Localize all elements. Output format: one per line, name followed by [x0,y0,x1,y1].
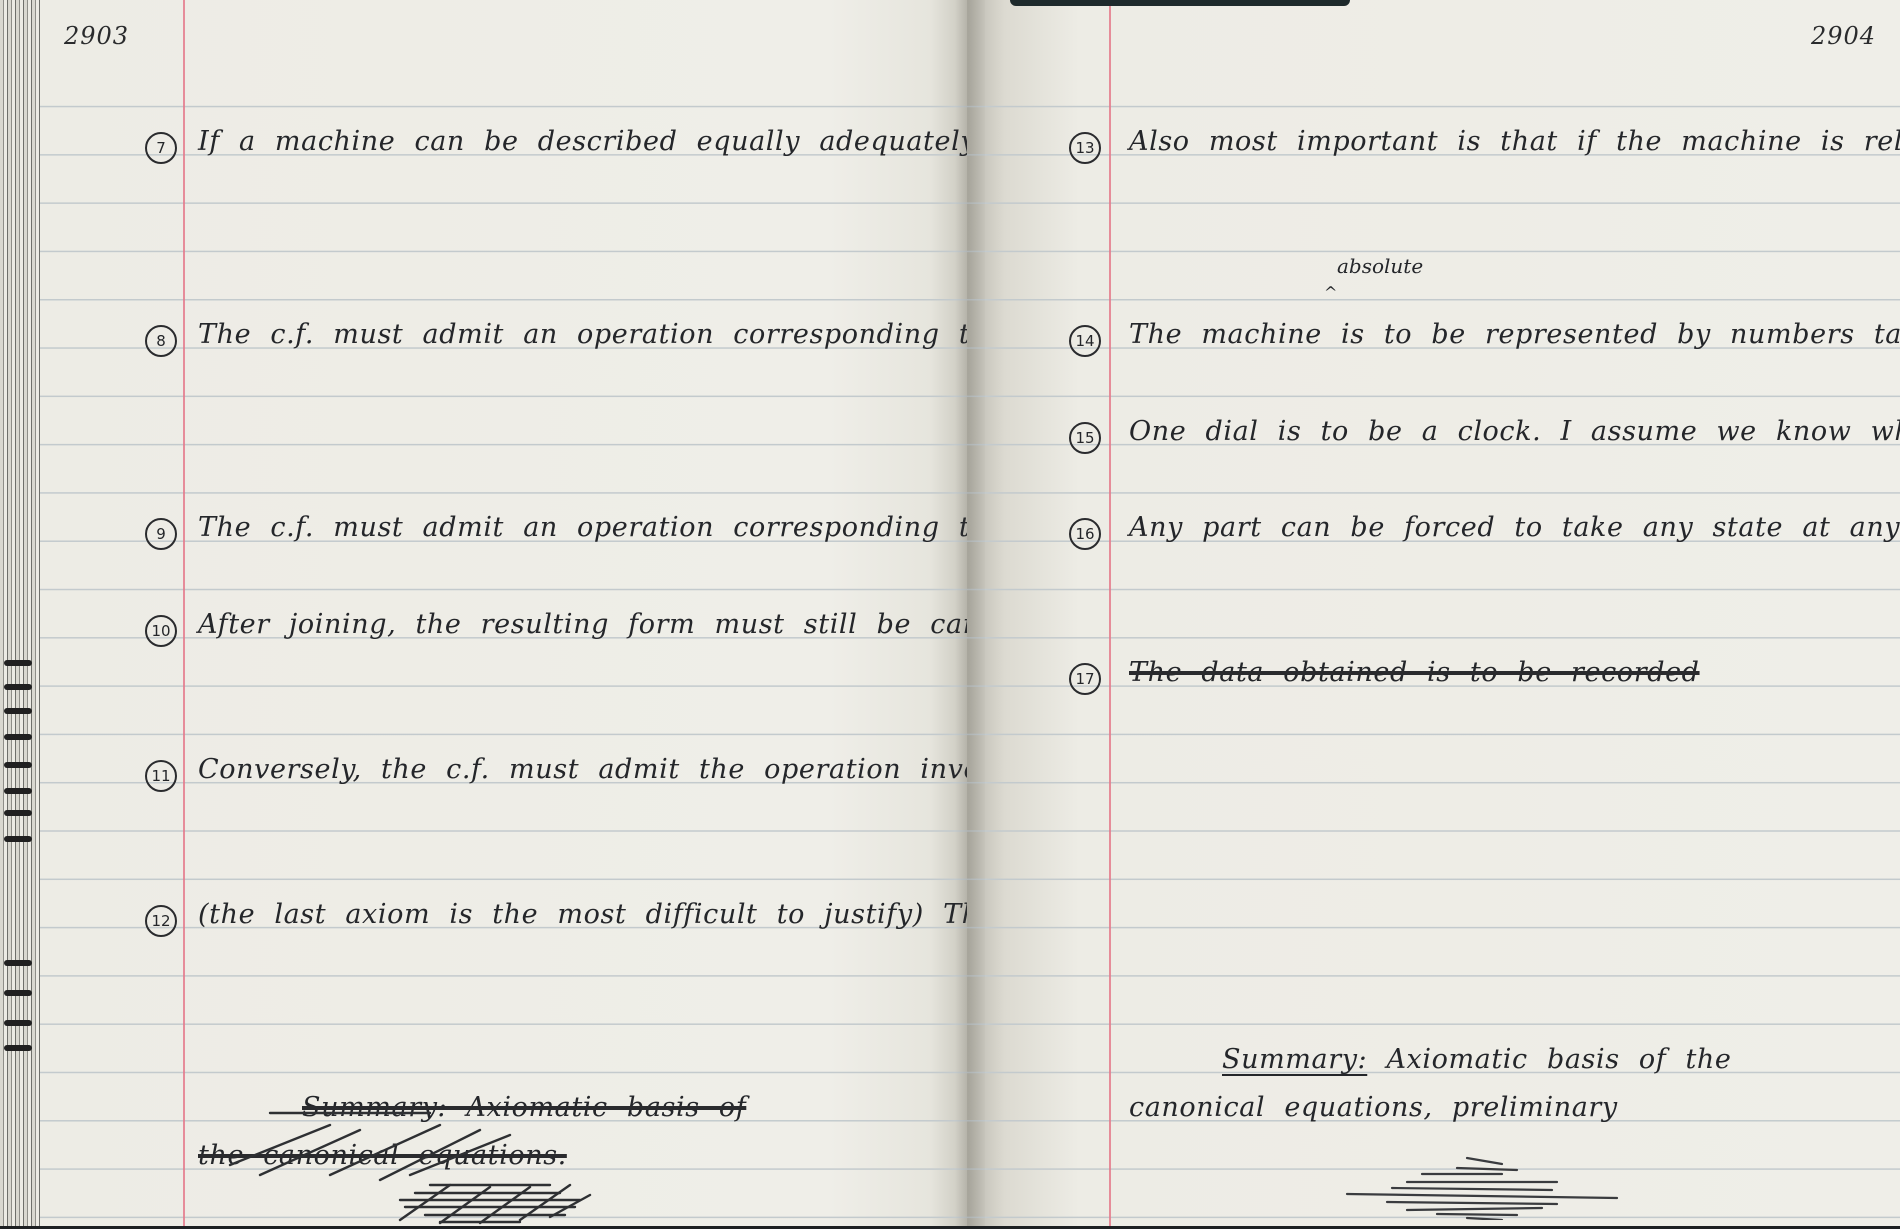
summary-label: Summary: [1222,1044,1367,1075]
axiom-14-text: The machine is to be represented by numb… [1129,311,1900,359]
margin-line [183,0,185,1226]
axiom-number-16: 16 [1069,518,1101,550]
summary-title-part-1: Axiomatic basis of the [1386,1044,1731,1075]
axiom-number-8: 8 [145,325,177,357]
axiom-8-text: The c.f. must admit an operation corresp… [198,311,967,359]
left-page: 2903 7 If a machine can be described equ… [40,0,967,1226]
notebook-spread: 2903 7 If a machine can be described equ… [0,0,1900,1226]
book-gutter [955,0,985,1226]
axiom-7-text: If a machine can be described equally ad… [198,118,967,166]
axiom-10-text: After joining, the resulting form must s… [198,601,967,649]
axiom-15-text: One dial is to be a clock. I assume we k… [1129,408,1900,456]
axiom-number-9: 9 [145,518,177,550]
inserted-word-absolute: absolute [1337,254,1423,278]
insertion-caret-icon: ^ [1324,283,1337,302]
axiom-13-text: Also most important is that if the machi… [1129,118,1900,166]
summary-heading: Summary: Axiomatic basis of the [1222,1036,1732,1084]
margin-line [1109,0,1111,1226]
axiom-number-7: 7 [145,132,177,164]
axiom-9-text: The c.f. must admit an operation corresp… [198,504,967,552]
scribble-crossout [190,1105,750,1225]
page-number: 2904 [1811,22,1876,50]
axiom-number-10: 10 [145,615,177,647]
end-flourish-icon [1317,1150,1677,1220]
page-edge-ink-marks [4,660,34,1080]
axiom-12-text: (the last axiom is the most difficult to… [198,891,967,939]
page-number: 2903 [64,22,129,50]
axiom-16-text: Any part can be forced to take any state… [1129,504,1900,552]
axiom-number-17: 17 [1069,663,1101,695]
binding-top-edge [1010,0,1350,6]
axiom-11-text: Conversely, the c.f. must admit the oper… [198,746,967,794]
right-page: 2904 13 Also most important is that if t… [967,0,1900,1226]
axiom-number-13: 13 [1069,132,1101,164]
axiom-number-15: 15 [1069,422,1101,454]
axiom-number-14: 14 [1069,325,1101,357]
summary-title-part-2: canonical equations, preliminary [1129,1084,1618,1132]
page-stack-edge [0,0,40,1226]
axiom-number-12: 12 [145,905,177,937]
axiom-number-11: 11 [145,760,177,792]
axiom-17-crossed-out-text: The data obtained is to be recorded [1129,649,1700,697]
